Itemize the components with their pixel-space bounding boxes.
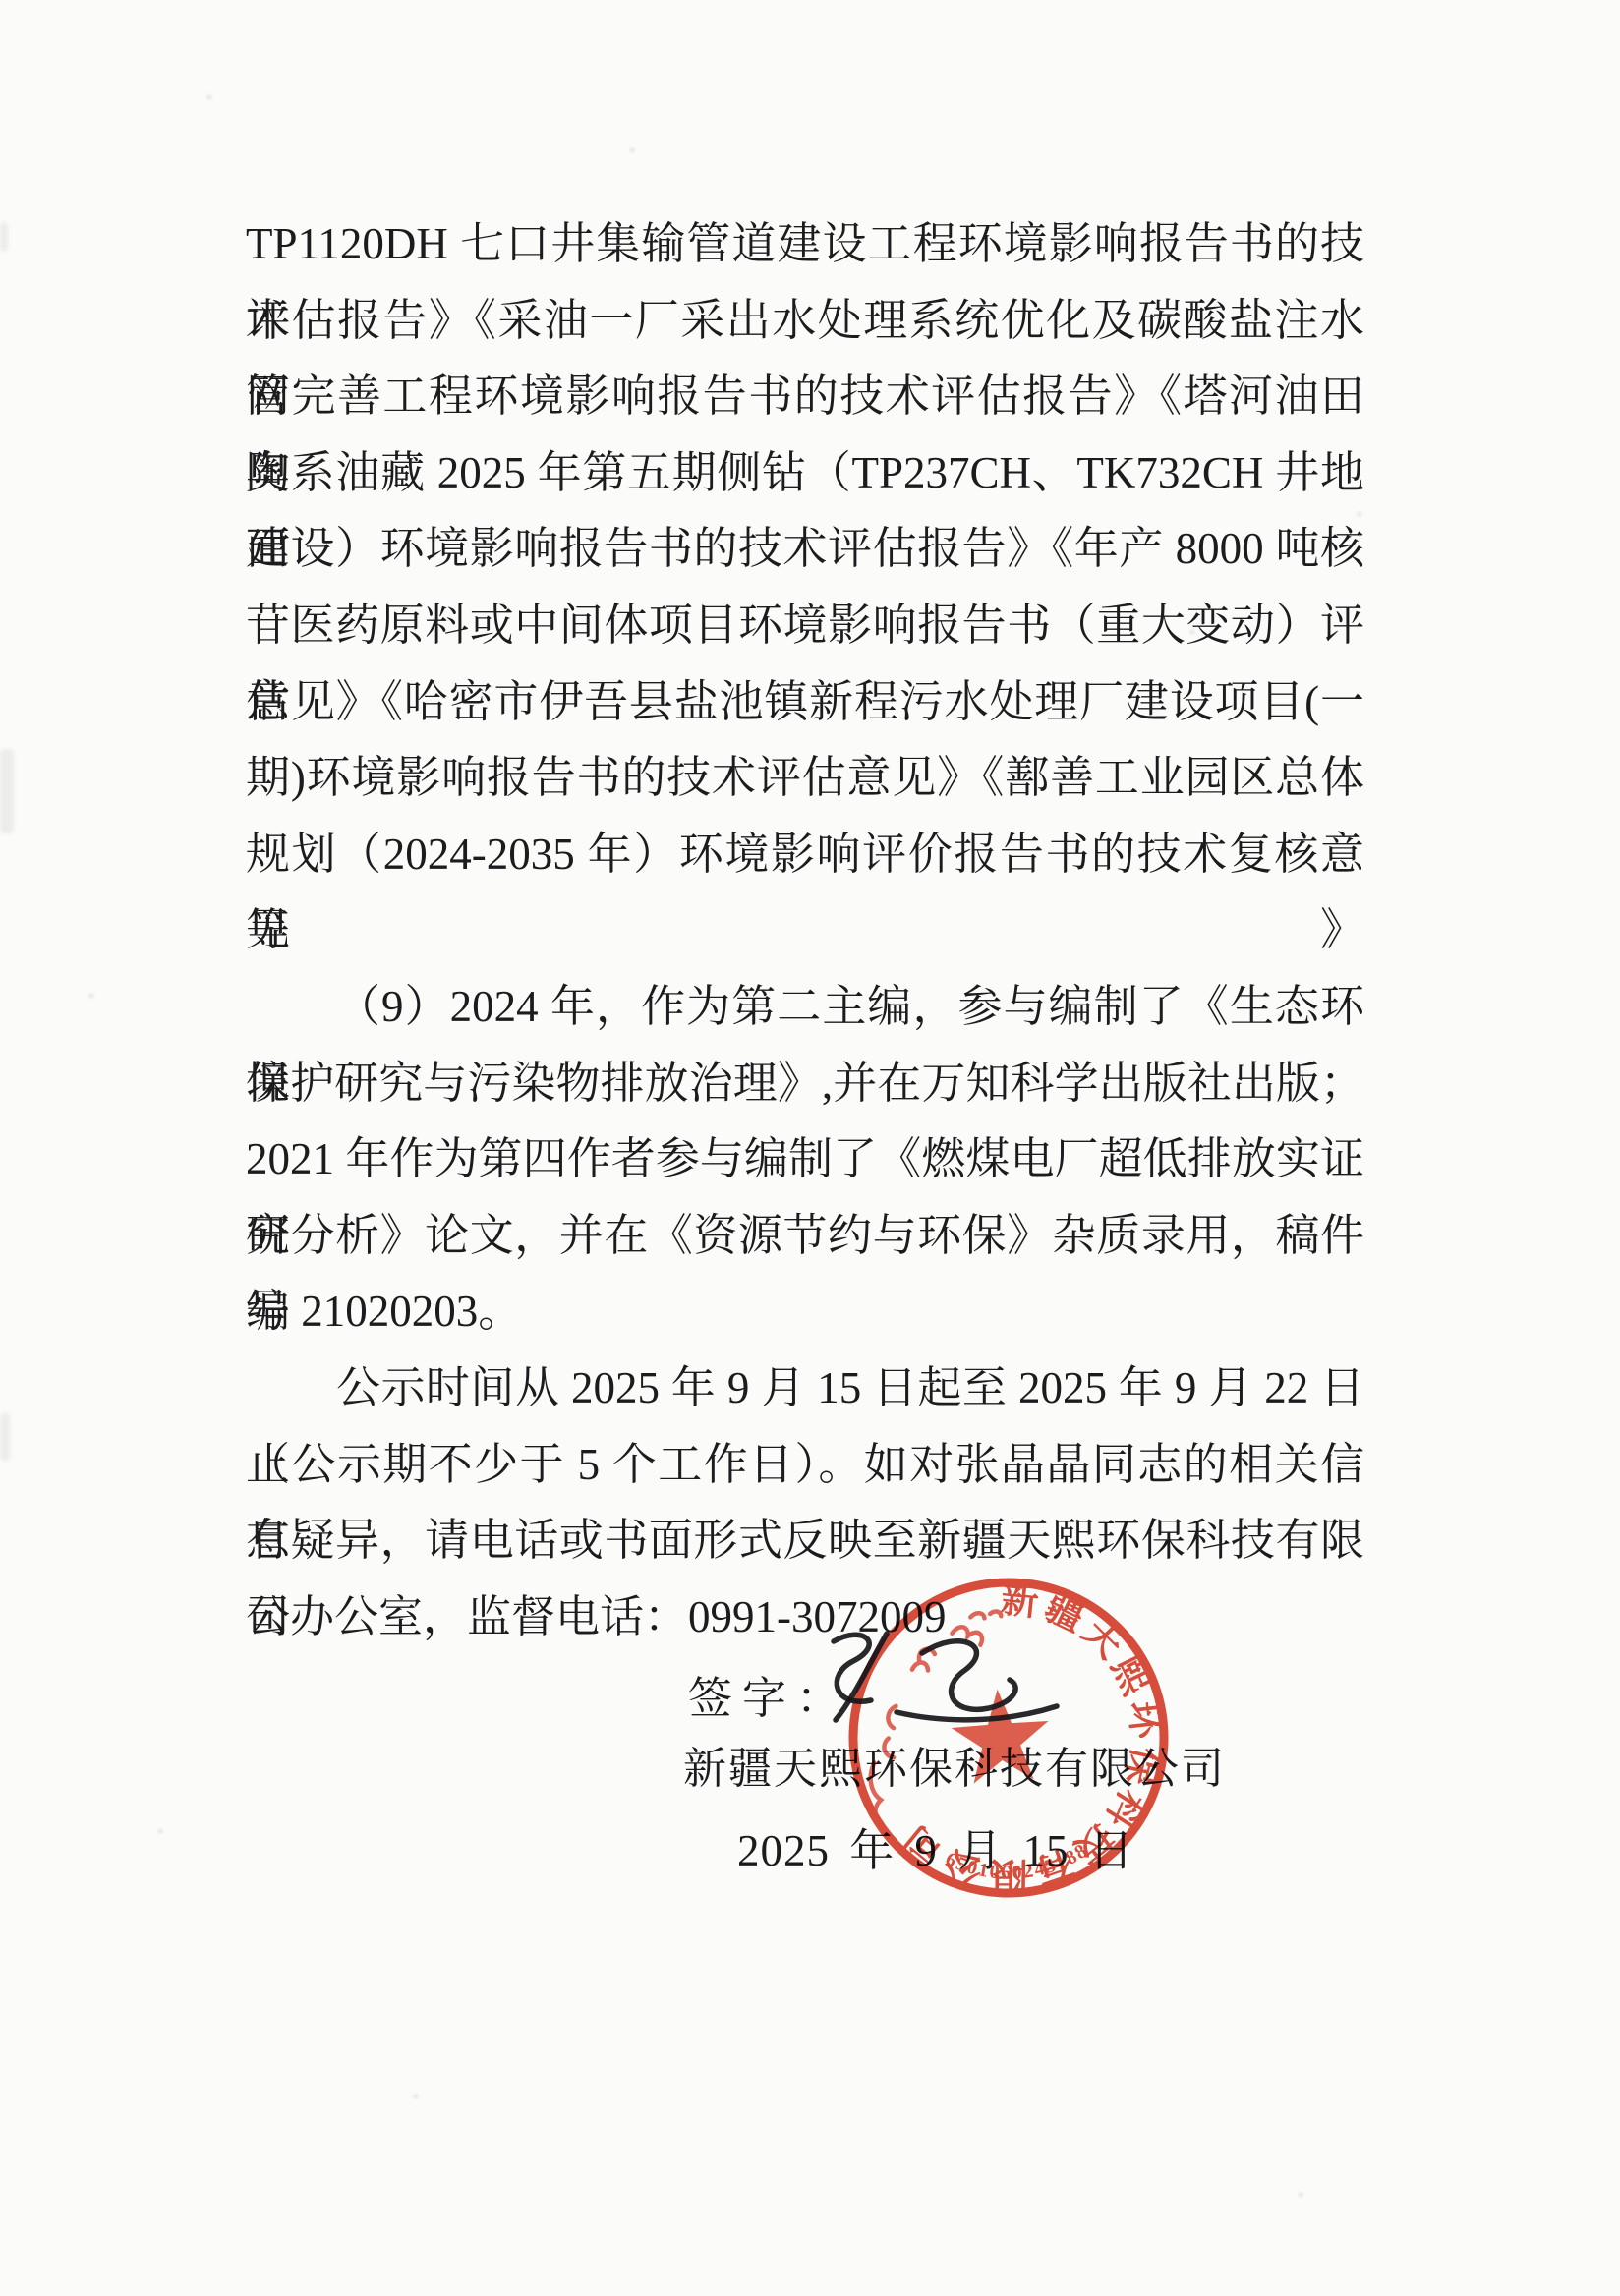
text-line: 公示时间从 2025 年 9 月 15 日起至 2025 年 9 月 22 日止 [246, 1350, 1364, 1427]
text-line: 究分析》论文，并在《资源节约与环保》杂质录用，稿件编 [246, 1198, 1364, 1275]
scan-artifact [0, 1413, 10, 1461]
text-line: 评估报告》《采油一厂采出水处理系统优化及碳酸盐注水管 [246, 283, 1364, 360]
handwritten-signature [806, 1624, 1071, 1737]
scan-artifact [629, 147, 635, 153]
text-line: 规划（2024-2035 年）环境影响评价报告书的技术复核意见》 [246, 817, 1364, 893]
scan-artifact [1189, 629, 1195, 635]
scan-artifact [0, 749, 14, 833]
text-line: 有疑异，请电话或书面形式反映至新疆天熙环保科技有限公 [246, 1503, 1364, 1579]
scanned-document-page: TP1120DH 七口井集输管道建设工程环境影响报告书的技术 评估报告》《采油一… [0, 0, 1620, 2296]
text-line: 建设）环境影响报告书的技术评估报告》《年产 8000 吨核 [246, 511, 1364, 588]
scan-artifact [88, 993, 94, 999]
scan-artifact [157, 1828, 163, 1834]
text-line: 网完善工程环境影响报告书的技术评估报告》《塔河油田奥 [246, 359, 1364, 435]
text-line: 司办公室，监督电话：0991-3072009 [246, 1579, 1364, 1656]
notice-body: TP1120DH 七口井集输管道建设工程环境影响报告书的技术 评估报告》《采油一… [246, 206, 1364, 1655]
text-line: （公示期不少于 5 个工作日）。如对张晶晶同志的相关信息 [246, 1427, 1364, 1504]
scan-artifact [413, 2094, 419, 2099]
text-line: TP1120DH 七口井集输管道建设工程环境影响报告书的技术 [246, 206, 1364, 283]
company-seal-stamp: 新疆天熙环保科技有限公司 6501060245188 [832, 1561, 1186, 1915]
text-line: 期)环境影响报告书的技术评估意见》《鄯善工业园区总体 [246, 740, 1364, 817]
scan-artifact [0, 222, 8, 252]
text-line: （9）2024 年，作为第二主编，参与编制了《生态环境 [246, 969, 1364, 1046]
text-line: 号 21020203。 [246, 1274, 1364, 1350]
scan-artifact [1298, 2192, 1303, 2198]
text-line: 陶系油藏 2025 年第五期侧钻（TP237CH、TK732CH 井地面 [246, 435, 1364, 512]
scan-artifact [1357, 511, 1362, 517]
text-line: 2021 年作为第四作者参与编制了《燃煤电厂超低排放实证研 [246, 1121, 1364, 1198]
text-line: 意见》《哈密市伊吾县盐池镇新程污水处理厂建设项目(一 [246, 664, 1364, 741]
scan-artifact [206, 94, 212, 100]
text-line: 苷医药原料或中间体项目环境影响报告书（重大变动）评估 [246, 588, 1364, 664]
text-line: 保护研究与污染物排放治理》,并在万知科学出版社出版； [246, 1046, 1364, 1122]
